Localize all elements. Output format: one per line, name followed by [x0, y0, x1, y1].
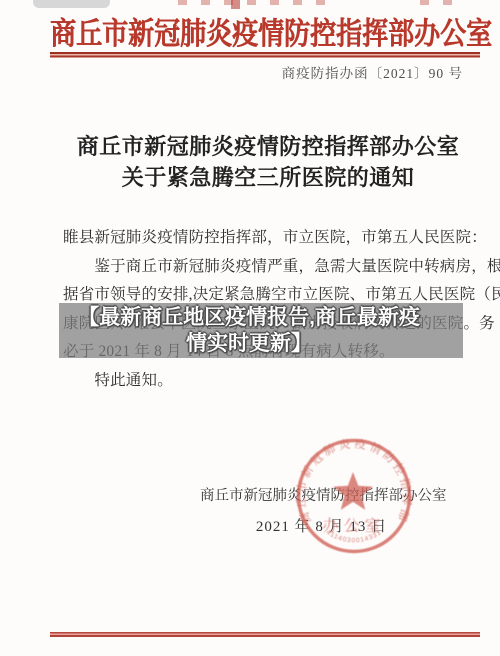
- top-edge-artifact: [420, 0, 454, 5]
- body-line: 特此通知。: [63, 367, 467, 396]
- top-edge-artifact: [231, 0, 240, 9]
- seal-star-icon: [333, 472, 373, 510]
- watermark-text-line1: 【最新商丘地区疫情报告,商丘最新疫: [78, 305, 420, 331]
- watermark-overlay-banner: 【最新商丘地区疫情报告,商丘最新疫 情实时更新】: [59, 303, 463, 358]
- document-title: 商丘市新冠肺炎疫情防控指挥部办公室 关于紧急腾空三所医院的通知: [56, 131, 480, 193]
- body-line: 睢县新冠肺炎疫情防控指挥部，市立医院，市第五人民医院：: [63, 224, 467, 253]
- letterhead: 商丘市新冠肺炎疫情防控指挥部办公室: [50, 10, 480, 47]
- watermark-text-line2: 情实时更新】: [186, 331, 312, 357]
- letterhead-rule: [50, 52, 480, 58]
- official-document-page: 商丘市新冠肺炎疫情防控指挥部办公室 商疫防指办函〔2021〕90 号 商丘市新冠…: [0, 0, 500, 656]
- top-left-tab-artifact: [33, 0, 110, 8]
- document-title-line2: 关于紧急腾空三所医院的通知: [56, 162, 480, 193]
- document-number: 商疫防指办函〔2021〕90 号: [282, 62, 463, 82]
- body-line: 鉴于商丘市新冠肺炎疫情严重，急需大量医院中转病房，根: [63, 253, 467, 282]
- official-seal: 商丘市新冠肺炎疫情防控指挥部 办公室 4114030014331: [291, 437, 417, 557]
- footer-rule: [50, 632, 480, 637]
- document-title-line1: 商丘市新冠肺炎疫情防控指挥部办公室: [56, 131, 480, 162]
- letterhead-org-name: 商丘市新冠肺炎疫情防控指挥部办公室: [50, 10, 492, 54]
- top-edge-artifact: [178, 0, 333, 5]
